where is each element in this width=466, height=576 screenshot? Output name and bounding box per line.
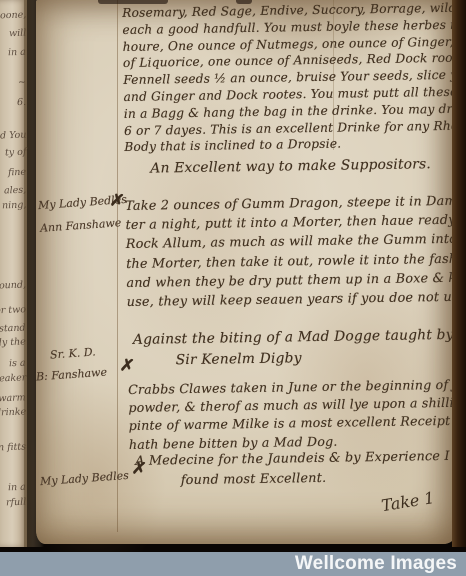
facing-page-text-fragment: kewarm [0,392,26,404]
facing-page-text-fragment: weaker [0,372,26,384]
heading-line: An Excellent way to make Suppositors. [124,153,456,180]
heading-line: Against the biting of a Mad Dogge taught… [127,325,459,351]
facing-page-text-fragment: d You [0,130,26,142]
watermark-bar: Wellcome Images [0,552,466,576]
cross-mark: ✗ [131,458,148,480]
facing-page-text-fragment: ning, [1,200,26,212]
cropped-text-edge [98,0,168,4]
facing-page-text-fragment: stand [0,323,26,335]
recipe-paragraph-suppositors: Take 2 ounces of Gumm Dragon, steepe it … [125,192,459,312]
facing-page-text-fragment: ay or two [0,304,26,317]
manuscript-page: Rosemary, Red Sage, Endive, Succory, Bor… [36,0,455,544]
manuscript-photo: poone,willin a~6.d Youty offineales,ning… [0,0,466,576]
facing-page-text-fragment: tly the [0,336,26,348]
facing-page-text-fragment: ty of [4,147,26,159]
heading-suppositors: An Excellent way to make Suppositors. [124,153,456,180]
ruled-margin-line [117,0,118,532]
facing-page-text-fragment: ales, [4,185,27,197]
cross-mark: ✗ [109,190,126,212]
facing-page-text-fragment: in fitts [0,441,26,453]
heading-jaundeis-medecine: A Medecine for the Jaundeis & by Experie… [129,447,462,491]
watermark-label: Wellcome Images [295,553,466,575]
recipe-paragraph-crabbs-clawes: Crabbs Clawes taken in June or the begin… [128,376,461,454]
page-dark-edge [452,0,466,547]
facing-page-text-fragment: poone, [0,9,26,21]
facing-page-text-fragment: ound, [0,280,26,292]
cross-mark: ✗ [119,355,136,377]
recipe-paragraph-herb-drink: Rosemary, Red Sage, Endive, Succory, Bor… [122,0,456,156]
facing-page-edge: poone,willin a~6.d Youty offineales,ning… [0,0,27,547]
facing-page-text-fragment: drinke [0,406,26,418]
heading-mad-dogge: Against the biting of a Mad Dogge taught… [127,325,460,372]
